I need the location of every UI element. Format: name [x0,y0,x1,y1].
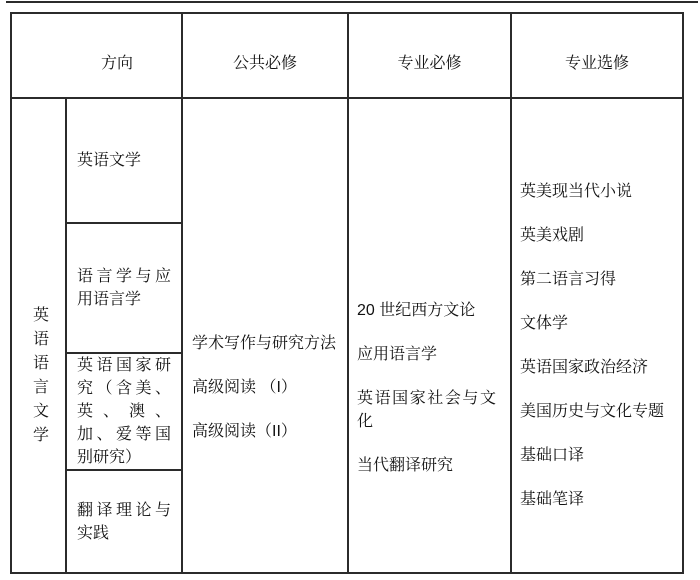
direction-english-country-studies: 英语国家研究（含美、英、澳、加、爱等国别研究） [66,353,182,470]
course-item: 第二语言习得 [520,268,674,291]
course-item: 高级阅读（II） [192,420,339,443]
course-item: 英美现当代小说 [520,180,674,203]
header-major-required: 专业必修 [348,13,511,98]
course-item: 高级阅读 （I） [192,376,339,399]
table-row: 英语语言文学 英语文学 学术写作与研究方法 高级阅读 （I） 高级阅读（II） … [11,98,683,223]
course-item: 英语国家政治经济 [520,356,674,379]
direction-linguistics-applied-linguistics: 语言学与应用语言学 [66,223,182,353]
curriculum-page: 方向 公共必修 专业必修 专业选修 英语语言文学 英语文学 学术写作与研究方法 … [0,0,700,580]
course-item: 当代翻译研究 [357,454,496,477]
program-label: 英语语言文学 [26,306,52,450]
header-row: 方向 公共必修 专业必修 专业选修 [11,13,683,98]
course-item: 美国历史与文化专题 [520,400,674,423]
course-item: 文体学 [520,312,674,335]
curriculum-table: 方向 公共必修 专业必修 专业选修 英语语言文学 英语文学 学术写作与研究方法 … [10,12,684,574]
course-item: 英美戏剧 [520,224,674,247]
major-elective-courses-cell: 英美现当代小说 英美戏剧 第二语言习得 文体学 英语国家政治经济 美国历史与文化… [511,98,683,573]
header-direction: 方向 [11,13,182,98]
header-public-required: 公共必修 [182,13,348,98]
course-item: 基础笔译 [520,488,674,511]
course-item: 学术写作与研究方法 [192,332,339,355]
course-item: 英语国家社会与文化 [357,387,496,433]
cropped-table-border [6,1,698,3]
course-item: 应用语言学 [357,343,496,366]
course-item: 基础口译 [520,444,674,467]
header-major-elective: 专业选修 [511,13,683,98]
direction-english-literature: 英语文学 [66,98,182,223]
public-required-courses-cell: 学术写作与研究方法 高级阅读 （I） 高级阅读（II） [182,98,348,573]
course-item: 20 世纪西方文论 [357,299,496,322]
direction-translation-theory-practice: 翻译理论与实践 [66,470,182,573]
program-label-cell: 英语语言文学 [11,98,66,573]
major-required-courses-cell: 20 世纪西方文论 应用语言学 英语国家社会与文化 当代翻译研究 [348,98,511,573]
